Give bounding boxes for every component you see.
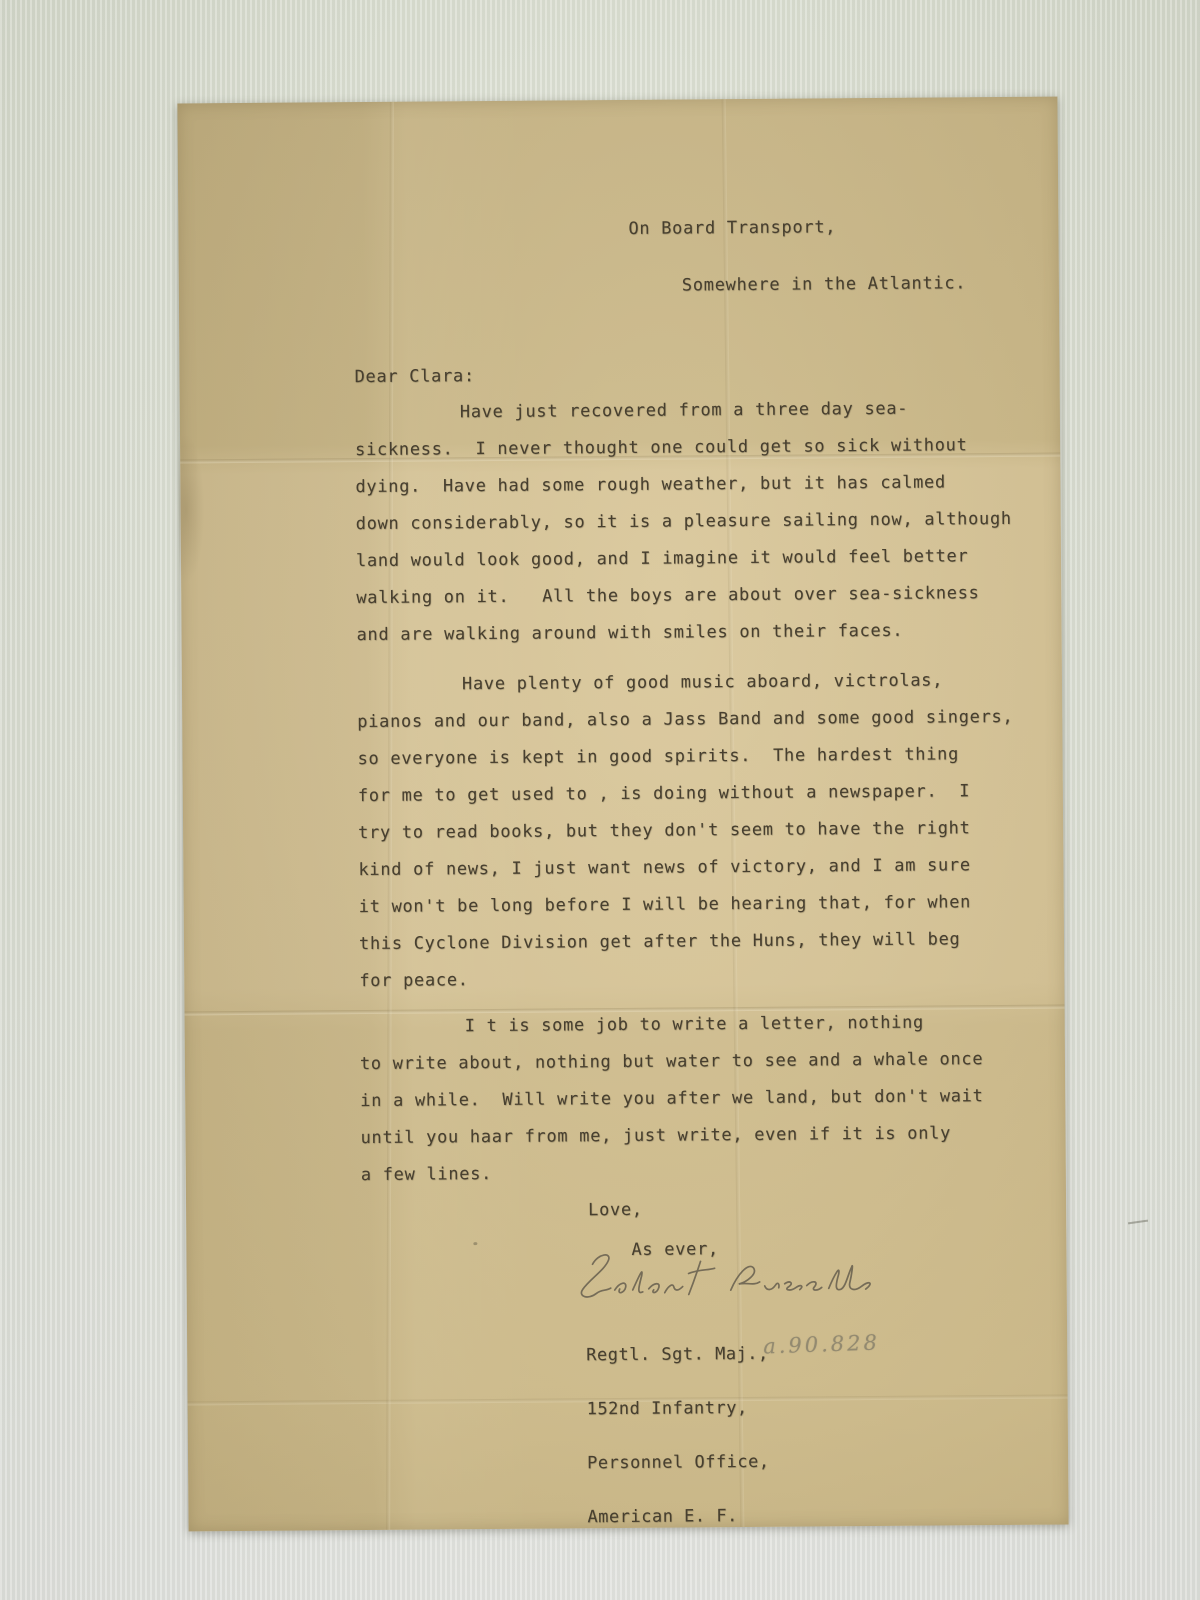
background-pencil-dash bbox=[1128, 1220, 1148, 1225]
letter-line: this Cyclone Division get after the Huns… bbox=[359, 921, 1049, 963]
letter-line: to write about, nothing but water to see… bbox=[360, 1041, 1050, 1083]
closing-love: Love, bbox=[588, 1200, 643, 1220]
paragraph-2: Have plenty of good music aboard, victro… bbox=[357, 662, 1050, 1000]
letter-line: sickness. I never thought one could get … bbox=[355, 427, 1045, 469]
heading-line-2: Somewhere in the Atlantic. bbox=[629, 274, 966, 296]
letter-line: Have plenty of good music aboard, victro… bbox=[357, 662, 1047, 704]
pencil-mark bbox=[473, 1242, 477, 1245]
letter-paper: On Board Transport, Somewhere in the Atl… bbox=[177, 97, 1068, 1532]
letter-line: walking on it. All the boys are about ov… bbox=[356, 575, 1046, 617]
letter-line: a few lines. bbox=[361, 1152, 1051, 1194]
signature-block-line: Personnel Office, bbox=[587, 1453, 770, 1472]
letter-line: it won't be long before I will be hearin… bbox=[359, 884, 1049, 926]
letter-line: until you haar from me, just write, even… bbox=[360, 1115, 1050, 1157]
letter-line: Have just recovered from a three day sea… bbox=[355, 390, 1045, 432]
handwritten-signature: Solon F Russell bbox=[568, 1244, 878, 1304]
letter-line: pianos and our band, also a Jass Band an… bbox=[357, 699, 1047, 741]
letter-line: land would look good, and I imagine it w… bbox=[356, 538, 1046, 580]
letter-line: for me to get used to , is doing without… bbox=[358, 773, 1048, 815]
paragraph-3: I t is some job to write a letter, nothi… bbox=[360, 1004, 1051, 1194]
photo-backdrop: On Board Transport, Somewhere in the Atl… bbox=[0, 0, 1200, 1600]
letter-heading: On Board Transport, Somewhere in the Atl… bbox=[628, 179, 966, 334]
letter-line: dying. Have had some rough weather, but … bbox=[355, 464, 1045, 506]
signature-block: Regtl. Sgt. Maj., 152nd Infantry, Person… bbox=[586, 1309, 770, 1562]
pencil-notation: a.90.828 bbox=[763, 1330, 880, 1358]
letter-line: and are walking around with smiles on th… bbox=[356, 612, 1046, 654]
letter-line: kind of news, I just want news of victor… bbox=[358, 847, 1048, 889]
signature-block-line: Regtl. Sgt. Maj., bbox=[586, 1345, 769, 1364]
signature-block-line: 152nd Infantry, bbox=[587, 1399, 770, 1418]
salutation: Dear Clara: bbox=[354, 366, 474, 387]
letter-line: I t is some job to write a letter, nothi… bbox=[360, 1004, 1050, 1046]
letter-line: down considerably, so it is a pleasure s… bbox=[356, 501, 1046, 543]
letter-line: in a while. Will write you after we land… bbox=[360, 1078, 1050, 1120]
paper-wrinkle bbox=[178, 433, 205, 583]
paragraph-1: Have just recovered from a three day sea… bbox=[355, 390, 1047, 654]
letter-line: for peace. bbox=[359, 958, 1049, 1000]
letter-line: try to read books, but they don't seem t… bbox=[358, 810, 1048, 852]
signature-block-line: American E. F. bbox=[587, 1507, 770, 1526]
signature-scrawl-icon bbox=[568, 1244, 878, 1304]
letter-line: so everyone is kept in good spirits. The… bbox=[357, 736, 1047, 778]
heading-line-1: On Board Transport, bbox=[628, 217, 965, 239]
